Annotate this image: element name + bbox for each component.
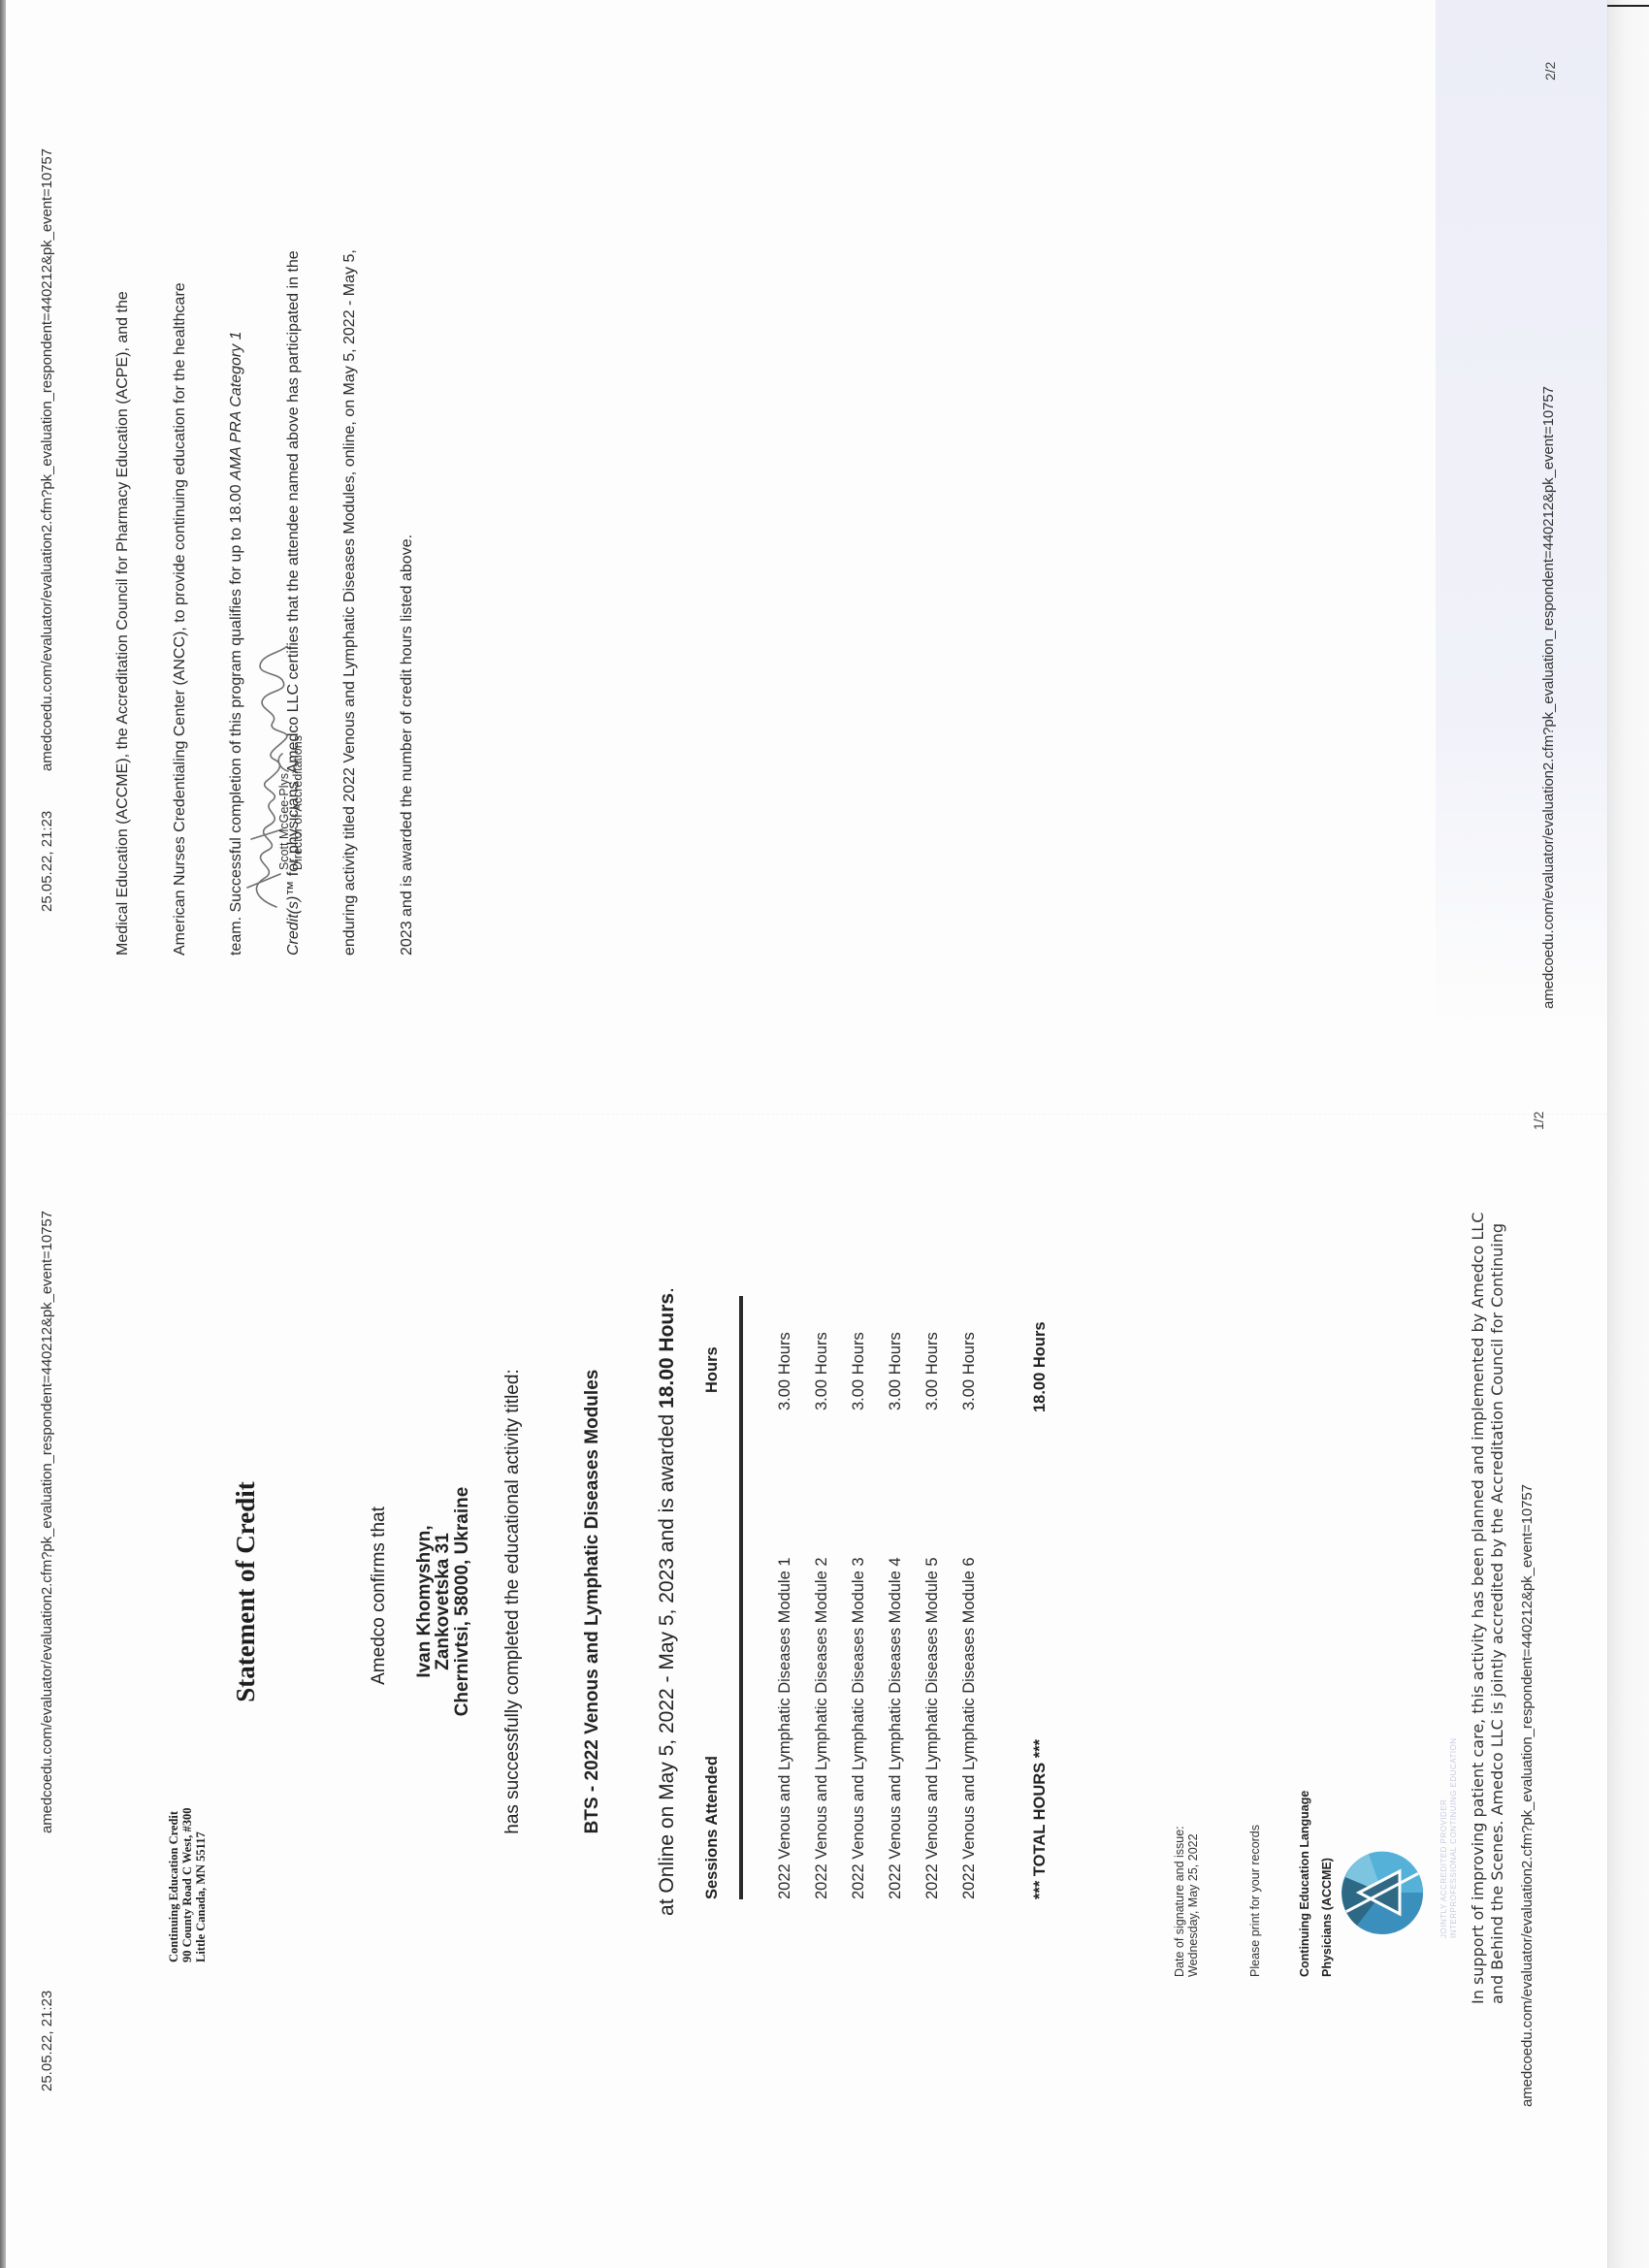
- award-text-prefix: at Online on May 5, 2022 - May 5, 2023 a…: [656, 1409, 678, 1916]
- session-name: 2022 Venous and Lymphatic Diseases Modul…: [923, 1557, 942, 1899]
- paragraph-line: American Nurses Credentialing Center (AN…: [171, 249, 190, 956]
- address-line: 90 County Road C West, #300: [181, 1807, 195, 1962]
- session-hours: 3.00 Hours: [887, 1332, 905, 1410]
- signature-date-block: Date of signature and issue: Wednesday, …: [1174, 1826, 1201, 1977]
- jointly-accredited-logo-icon: [1340, 1848, 1425, 1937]
- table-header-rule: [739, 1296, 743, 1899]
- signatory-name: Scott McGee-Plys: [278, 735, 292, 870]
- page-divider: [6, 1114, 1607, 1115]
- session-hours: 3.00 Hours: [850, 1332, 868, 1410]
- award-text-suffix: .: [656, 1287, 678, 1293]
- ce-physicians-label: Physicians (ACCME): [1320, 1858, 1334, 1977]
- recipient-name: Ivan Khomyshyn,: [415, 1408, 434, 1796]
- paragraph-line: 2023 and is awarded the number of credit…: [398, 249, 417, 956]
- paragraph-line: Medical Education (ACCME), the Accredita…: [113, 249, 133, 956]
- page-title: Statement of Credit: [231, 1398, 261, 1786]
- recipient-block: Ivan Khomyshyn, Zankovetska 31 Chernivts…: [415, 1408, 471, 1796]
- print-note: Please print for your records: [1249, 1825, 1263, 1977]
- scan-edge-right: [1607, 0, 1649, 2268]
- page1-header-url: amedcoedu.com/evaluator/evaluation2.cfm?…: [39, 1211, 55, 1833]
- page2-footer-url: amedcoedu.com/evaluator/evaluation2.cfm?…: [1540, 386, 1557, 1009]
- page1-footer-url: amedcoedu.com/evaluator/evaluation2.cfm?…: [1519, 1484, 1536, 2107]
- session-hours: 3.00 Hours: [960, 1332, 979, 1410]
- total-hours-label: *** TOTAL HOURS ***: [1031, 1739, 1050, 1899]
- total-hours-value: 18.00 Hours: [1031, 1321, 1050, 1412]
- award-hours: 18.00 Hours: [656, 1293, 678, 1409]
- table-header-sessions: Sessions Attended: [703, 1756, 722, 1899]
- session-hours: 3.00 Hours: [813, 1332, 831, 1410]
- page2-timestamp: 25.05.22, 21:23: [39, 811, 55, 912]
- logo-text: JOINTLY ACCREDITED PROVIDER INTERPROFESS…: [1439, 1737, 1460, 1938]
- scan-tint: [1436, 0, 1610, 1028]
- session-name: 2022 Venous and Lymphatic Diseases Modul…: [850, 1557, 868, 1899]
- page1-timestamp: 25.05.22, 21:23: [39, 1991, 55, 2091]
- page2-header-url: amedcoedu.com/evaluator/evaluation2.cfm?…: [39, 148, 55, 771]
- table-header-hours: Hours: [703, 1346, 722, 1393]
- recipient-street: Zankovetska 31: [434, 1408, 452, 1796]
- address-line: Little Canada, MN 55117: [195, 1807, 209, 1962]
- support-line: In support of improving patient care, th…: [1469, 1213, 1488, 2004]
- session-name: 2022 Venous and Lymphatic Diseases Modul…: [776, 1557, 794, 1899]
- session-name: 2022 Venous and Lymphatic Diseases Modul…: [887, 1557, 905, 1899]
- page1-page-number: 1/2: [1531, 1112, 1546, 1130]
- award-text: at Online on May 5, 2022 - May 5, 2023 a…: [656, 1262, 679, 1941]
- signatory-title: Director of Accreditations: [292, 735, 306, 870]
- logo-text-line2: INTERPROFESSIONAL CONTINUING EDUCATION: [1449, 1737, 1459, 1938]
- completed-text: has successfully completed the education…: [502, 1311, 524, 1893]
- confirms-text: Amedco confirms that: [369, 1402, 390, 1790]
- scan-edge-left: [0, 0, 6, 2268]
- support-text: In support of improving patient care, th…: [1469, 1213, 1506, 2004]
- session-hours: 3.00 Hours: [923, 1332, 942, 1410]
- scan-edge-line: [1607, 5, 1649, 7]
- session-name: 2022 Venous and Lymphatic Diseases Modul…: [813, 1557, 831, 1899]
- signature-date-label: Date of signature and issue:: [1174, 1826, 1187, 1977]
- italic-phrase: AMA PRA Category 1: [228, 331, 244, 480]
- support-line: and Behind the Scenes. Amedco LLC is joi…: [1488, 1213, 1507, 2004]
- address-line: Continuing Education Credit: [168, 1807, 181, 1962]
- signatory-block: Scott McGee-Plys Director of Accreditati…: [278, 735, 306, 870]
- paragraph-line: enduring activity titled 2022 Venous and…: [340, 249, 360, 956]
- signature-date-value: Wednesday, May 25, 2022: [1187, 1826, 1201, 1977]
- session-name: 2022 Venous and Lymphatic Diseases Modul…: [960, 1557, 979, 1899]
- ce-language-heading: Continuing Education Language: [1298, 1791, 1311, 1977]
- logo-text-line1: JOINTLY ACCREDITED PROVIDER: [1439, 1737, 1449, 1938]
- session-hours: 3.00 Hours: [776, 1332, 794, 1410]
- recipient-city: Chernivtsi, 58000, Ukraine: [453, 1408, 471, 1796]
- page2-page-number: 2/2: [1542, 62, 1558, 81]
- organization-address: Continuing Education Credit 90 County Ro…: [168, 1807, 208, 1962]
- activity-title: BTS - 2022 Venous and Lymphatic Diseases…: [582, 1311, 603, 1893]
